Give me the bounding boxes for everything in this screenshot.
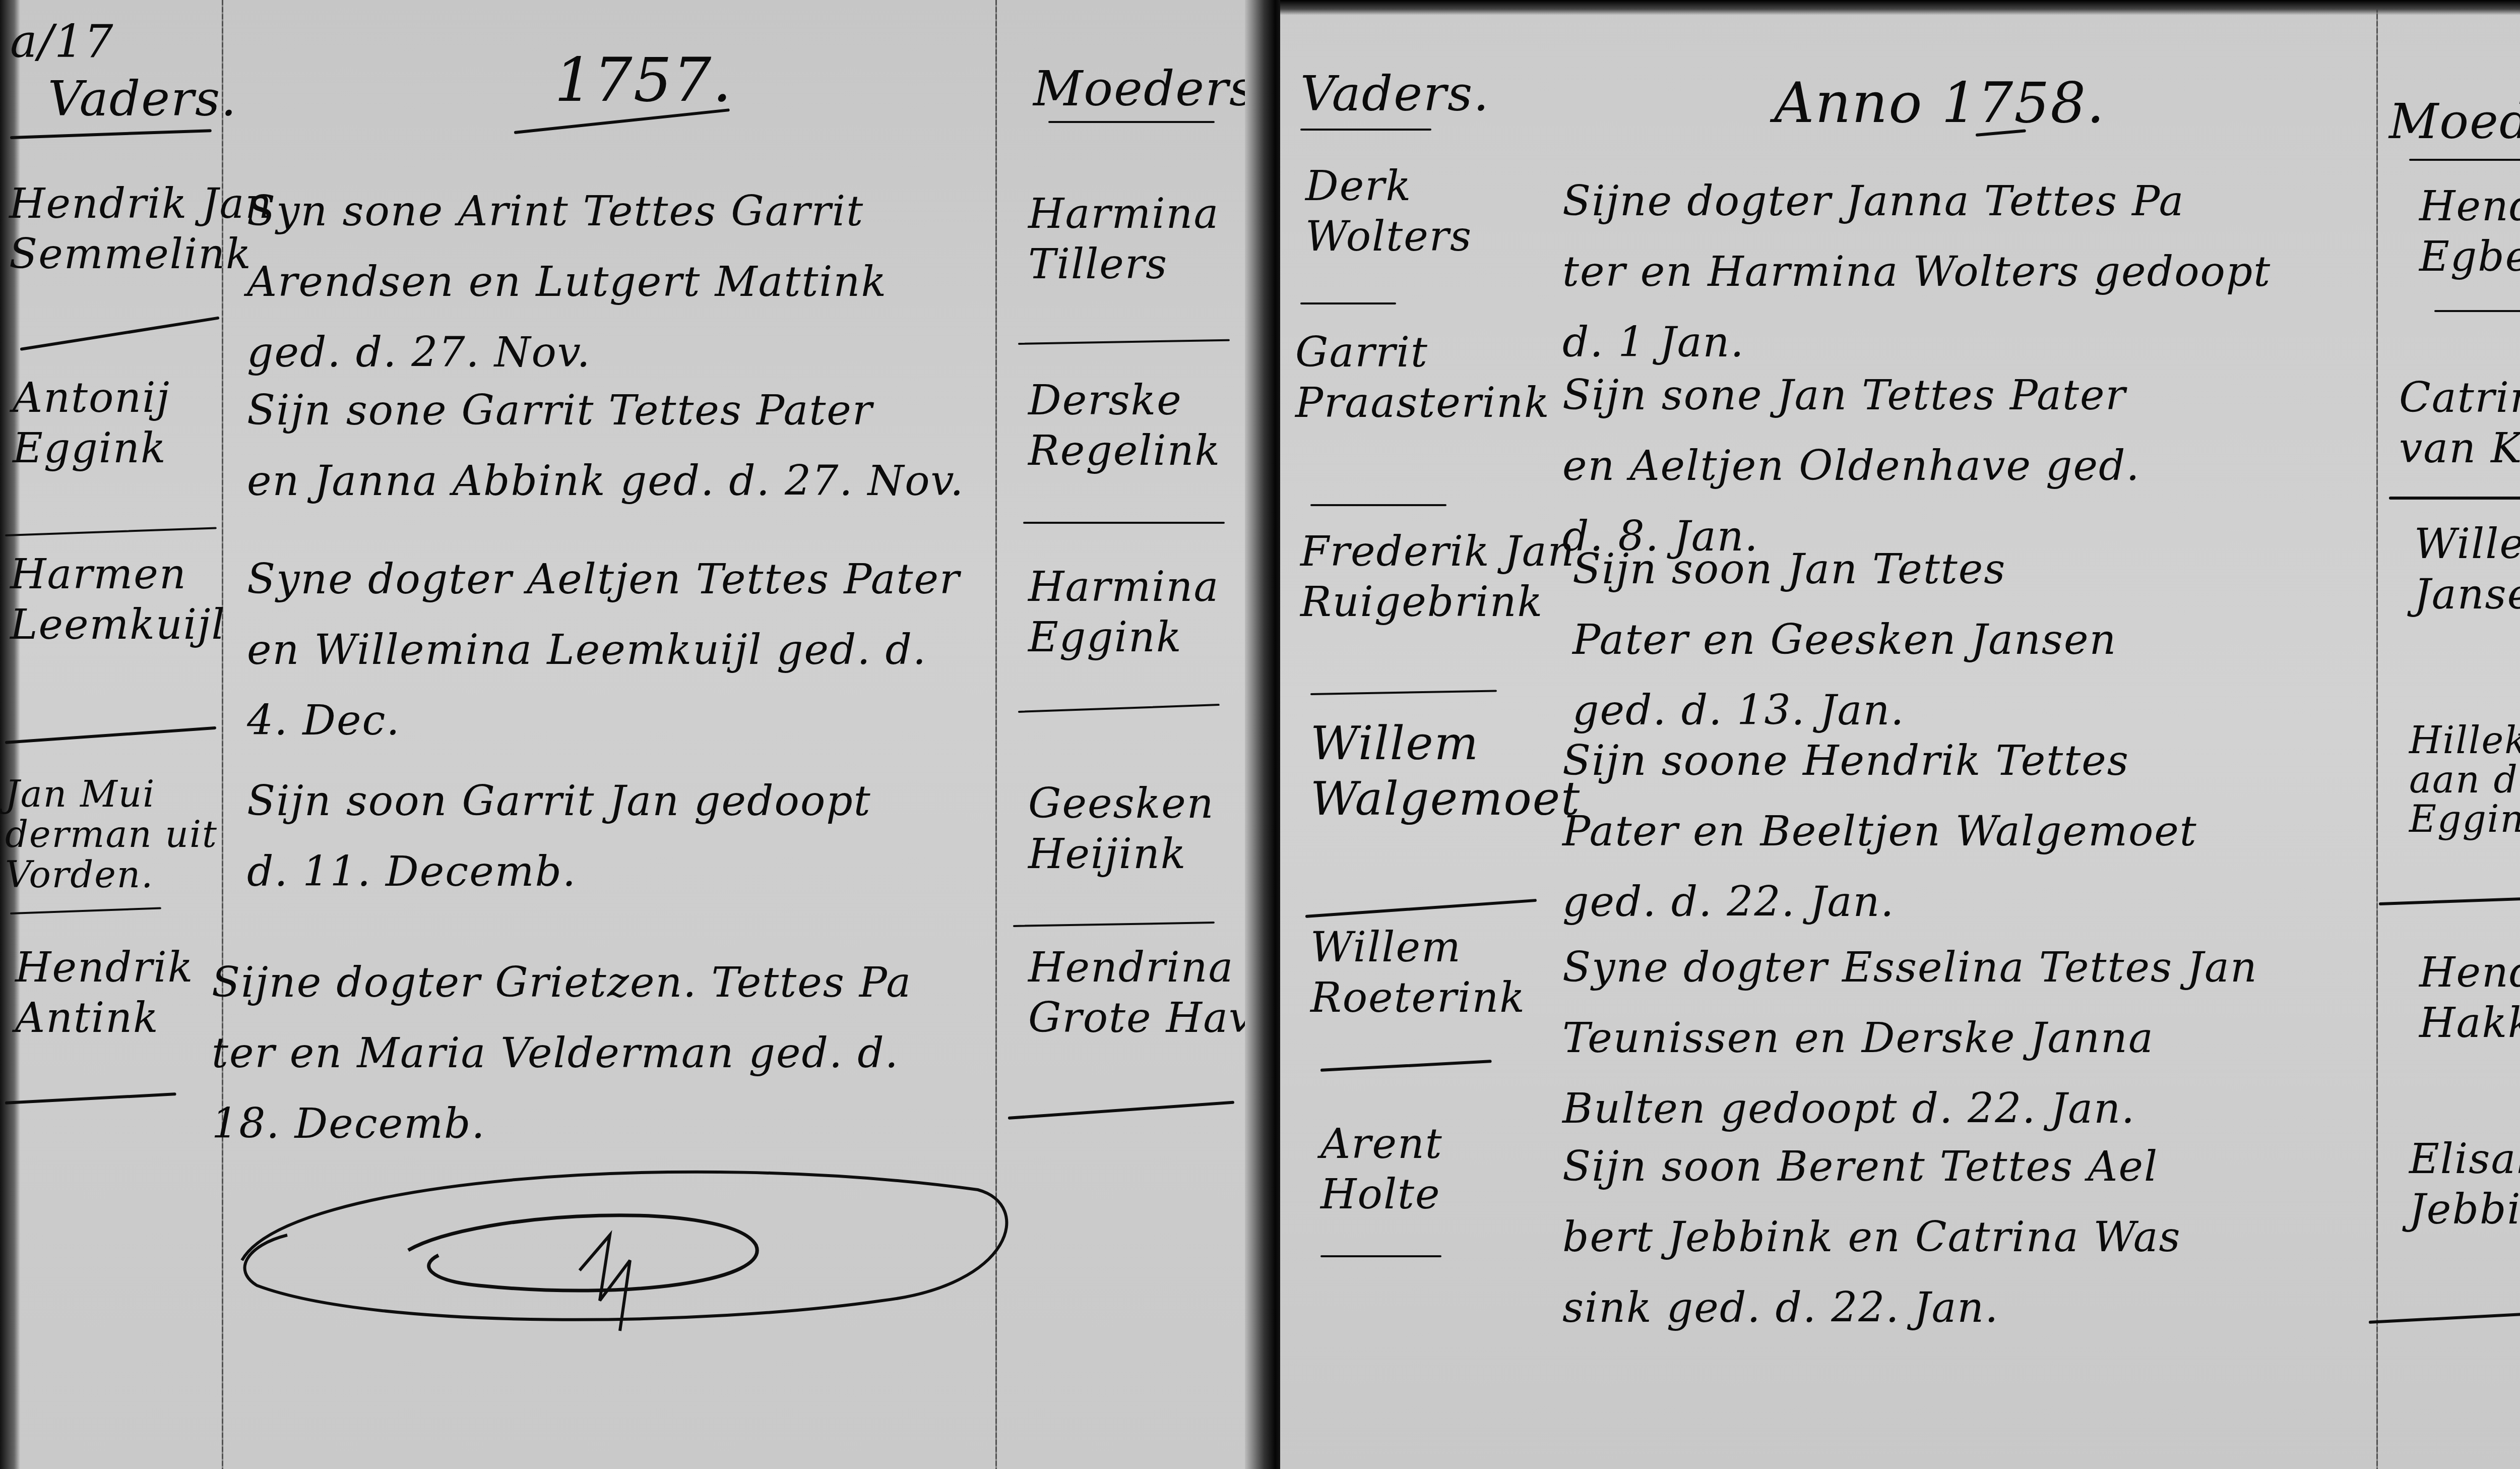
year-heading: 1757. xyxy=(554,45,733,115)
page-top-shadow xyxy=(1280,0,2520,15)
entry-separator xyxy=(1023,522,1225,524)
header-rule xyxy=(1048,121,1215,123)
mother-name: Willemken Jansen xyxy=(2414,519,2520,620)
entry-separator xyxy=(1300,302,1396,304)
entry-separator xyxy=(1013,922,1215,927)
entry-separator xyxy=(2389,497,2520,500)
left-page: a/17 Vaders. 1757. Moeders Hendrik Jan S… xyxy=(0,0,1270,1469)
mother-name: Henders Egberts xyxy=(2419,181,2520,282)
father-name: Willem Walgemoet xyxy=(1310,716,1581,827)
entry-separator xyxy=(5,726,216,744)
baptism-record: Sijn soon Garrit Jan gedoopt d. 11. Dece… xyxy=(247,766,871,907)
entry-separator xyxy=(1018,339,1230,345)
mother-name: Elisabeth Jebbink xyxy=(2409,1134,2520,1235)
father-name: Derk Wolters xyxy=(1305,161,1472,262)
baptism-record: Syne dogter Aeltjen Tettes Pater en Will… xyxy=(247,544,960,756)
mother-name: Harmina Eggink xyxy=(1028,562,1219,663)
header-rule xyxy=(10,129,212,139)
mother-name: Harmina Tillers xyxy=(1028,189,1219,290)
baptism-record: Sijn soon Berent Tettes Ael bert Jebbink… xyxy=(1562,1132,2181,1343)
entry-separator xyxy=(1320,1255,1441,1257)
mother-name: Henders Hakken xyxy=(2419,948,2520,1049)
father-name: Antonij Eggink xyxy=(13,373,170,474)
entry-separator xyxy=(2379,895,2520,905)
father-name: Jan Mui derman uit Vorden. xyxy=(5,774,218,895)
column-rule-mothers xyxy=(2376,0,2378,1469)
mother-name: Geesken Heijink xyxy=(1028,779,1215,880)
baptism-record: Sijn soon Jan Tettes Pater en Geesken Ja… xyxy=(1572,534,2117,746)
header-fathers: Vaders. xyxy=(1300,66,1490,122)
entry-separator xyxy=(1008,1101,1234,1120)
closing-flourish xyxy=(227,1119,1043,1361)
baptism-record: Syne dogter Esselina Tettes Jan Teunisse… xyxy=(1562,933,2258,1144)
entry-separator xyxy=(1320,1060,1492,1072)
entry-separator xyxy=(10,907,161,914)
folio-mark: a/17 xyxy=(10,15,114,68)
header-rule xyxy=(2409,159,2520,161)
father-name: Frederik Jan Ruigebrink xyxy=(1300,527,1575,628)
baptism-record: Syn sone Arint Tettes Garrit Arendsen en… xyxy=(247,176,887,388)
baptism-record: Sijn sone Garrit Tettes Pater en Janna A… xyxy=(247,376,964,517)
right-page: 19 Vaders. Anno 1758. Moeders Derk Wolte… xyxy=(1280,0,2520,1469)
header-fathers: Vaders. xyxy=(48,71,237,127)
header-mothers: Moeders xyxy=(1033,60,1255,117)
mother-name: Hendrina Grote Have xyxy=(1028,943,1270,1044)
father-name: Willem Roeterink xyxy=(1310,923,1526,1023)
father-name: Garrit Praasterink xyxy=(1295,328,1550,429)
father-name: Hendrik Jan Semmelink xyxy=(9,179,273,280)
entry-separator xyxy=(20,316,220,350)
header-mothers: Moeders xyxy=(2389,93,2520,150)
entry-separator xyxy=(1310,690,1497,695)
father-name: Harmen Leemkuijl xyxy=(10,549,226,650)
father-name: Arent Holte xyxy=(1320,1119,1443,1220)
entry-separator xyxy=(1305,899,1537,918)
entry-separator xyxy=(2369,1309,2520,1324)
mother-name: Catrina van Keppel xyxy=(2399,373,2520,474)
mother-name: Hilleken aan de Egginkhei xyxy=(2409,721,2520,839)
entry-separator xyxy=(1310,504,1446,506)
baptism-record: Sijne dogter Janna Tettes Pa ter en Harm… xyxy=(1562,166,2271,378)
father-name: Hendrik Antink xyxy=(15,943,194,1044)
header-rule xyxy=(1300,129,1431,131)
mother-name: Derske Regelink xyxy=(1028,376,1221,476)
entry-separator xyxy=(5,527,217,536)
entry-separator xyxy=(1018,704,1220,713)
entry-separator xyxy=(5,1092,176,1105)
baptism-record: Sijn soone Hendrik Tettes Pater en Beelt… xyxy=(1562,726,2197,938)
year-heading: Anno 1758. xyxy=(1774,71,2105,135)
entry-separator xyxy=(2434,310,2520,312)
